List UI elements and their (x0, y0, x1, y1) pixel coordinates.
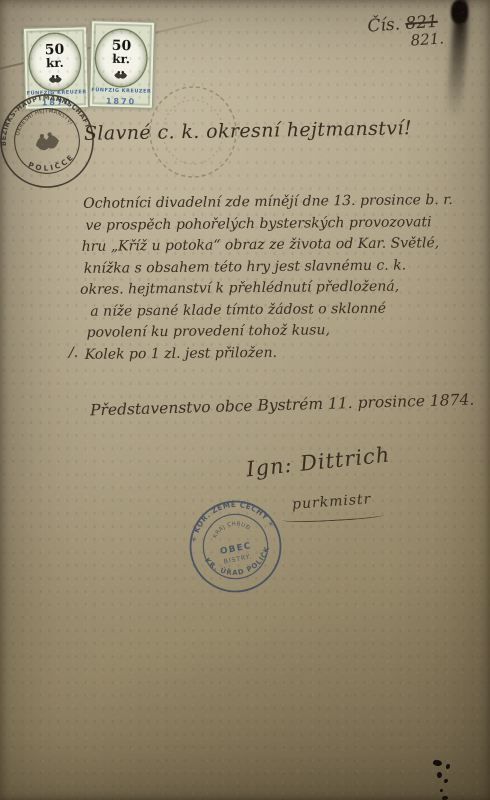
stamp-unit: kr. (96, 53, 146, 65)
ink-smudge (445, 0, 470, 136)
stamp-medallion: 50 kr. (29, 33, 80, 90)
svg-text:BEZIRKS-HAUPTMANNSCHAFT: BEZIRKS-HAUPTMANNSCHAFT (0, 85, 92, 147)
filing-number-block: Čís. 821 821. (367, 11, 445, 52)
reference-label: Čís. (367, 14, 401, 36)
reference-number: 821. (410, 29, 445, 49)
postmark-eagle-icon (34, 131, 60, 152)
salutation: Slavné c. k. okresní hejtmanství! (84, 117, 412, 145)
margin-mark: /. (69, 345, 78, 361)
double-eagle-icon (47, 73, 63, 86)
handwritten-line: Ochotníci divadelní zde mínějí dne 13. p… (83, 190, 439, 215)
dateline: Představenstvo obce Bystrém 11. prosince… (90, 391, 475, 420)
handwritten-line: okres. hejtmanství k přehlédnutí předlož… (80, 276, 440, 301)
handwritten-line: Kolek po 1 zl. jest přiložen. (85, 341, 441, 366)
stamp-medallion: 50 kr. (95, 29, 146, 86)
postmark-outer-top-text: BEZIRKS-HAUPTMANNSCHAFT (0, 85, 92, 147)
signature-title: purkmistr (292, 491, 372, 513)
svg-text:✳ KOR. ZEMĚ ČECHY ✳: ✳ KOR. ZEMĚ ČECHY ✳ (183, 492, 277, 544)
double-eagle-icon (113, 69, 129, 82)
seal-outer-top-text: ✳ KOR. ZEMĚ ČECHY ✳ (183, 492, 277, 544)
signature-flourish (282, 511, 384, 523)
handwritten-line: hru „Kříž u potoka“ obraz ze života od K… (82, 233, 440, 258)
stamp-unit: kr. (30, 57, 80, 69)
seal-inner-arc-text: KRAJ CHRUD. (210, 518, 254, 540)
svg-text:KRAJ CHRUD.: KRAJ CHRUD. (210, 518, 254, 540)
municipal-seal: ✳ KOR. ZEMĚ ČECHY ✳ OKR. ÚŘAD POLIČKA KR… (176, 487, 294, 605)
letter-body: Ochotníci divadelní zde mínějí dne 13. p… (83, 190, 441, 366)
revenue-stamp-2: 50 kr. FÜNFZIG KREUZER 1870 (89, 20, 155, 109)
stamp-denomination: FÜNFZIG KREUZER (90, 87, 152, 95)
document-photo: 50 kr. FÜNFZIG KREUZER 1870 50 kr. FÜNFZ… (0, 0, 490, 800)
signature-name: Ign: Dittrich (245, 443, 391, 482)
stamp-year: 1870 (90, 96, 152, 107)
